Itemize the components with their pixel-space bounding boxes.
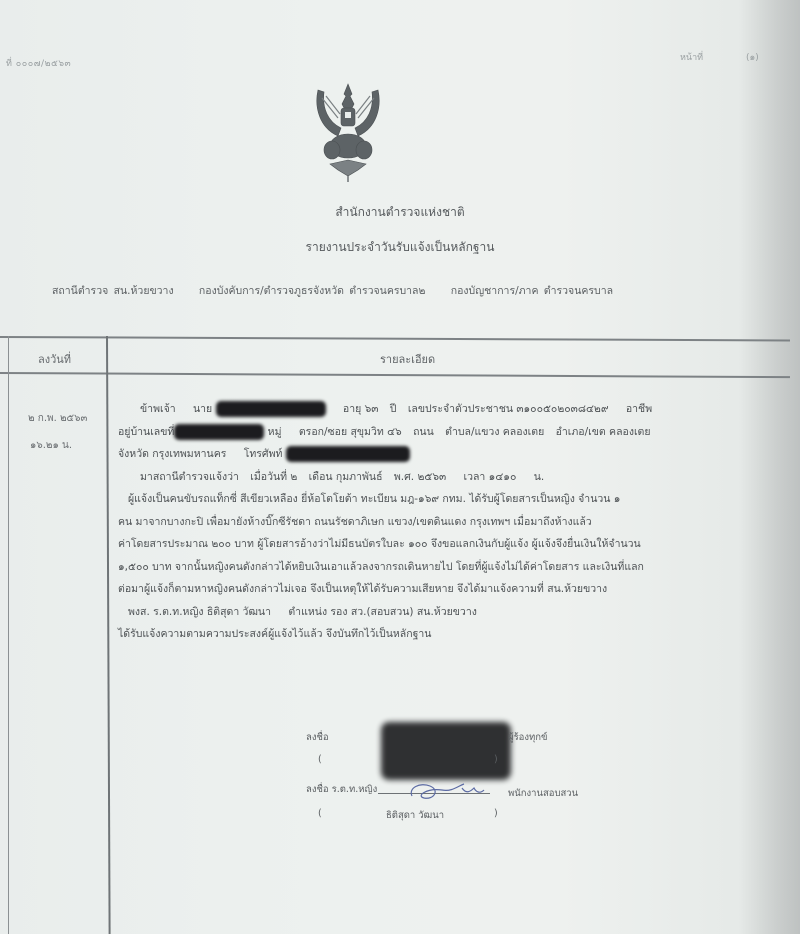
- officer-name: ธิติสุดา วัฒนา: [386, 808, 444, 823]
- detail-line-10: พงส. ร.ต.ท.หญิง ธิติสุดา วัฒนา ตำแหน่ง ร…: [118, 601, 778, 624]
- entry-time: ๑๖.๒๑ น.: [28, 432, 87, 459]
- report-title: รายงานประจำวันรับแจ้งเป็นหลักฐาน: [0, 238, 800, 257]
- entry-detail: ข้าพเจ้า นาย อายุ ๖๓ ปี เลขประจำตัวประชา…: [118, 398, 778, 646]
- age-text: อายุ ๖๓: [343, 403, 379, 415]
- close-paren: ): [494, 808, 498, 819]
- page-number-label: หน้าที่: [680, 50, 703, 64]
- table-header-border: [0, 372, 790, 378]
- text-segment: มาสถานีตำรวจแจ้งว่า: [140, 471, 239, 483]
- entry-date-cell: ๒ ก.พ. ๒๕๖๓ ๑๖.๒๑ น.: [28, 405, 87, 459]
- detail-line-4: มาสถานีตำรวจแจ้งว่า เมื่อวันที่ ๒ เดือน …: [118, 466, 778, 489]
- complainant-signature-label: ลงชื่อ: [306, 730, 329, 745]
- station-line: สถานีตำรวจ สน.ห้วยขวาง กองบังคับการ/ตำรว…: [52, 282, 633, 299]
- text-segment: นาย: [193, 403, 212, 415]
- redacted-complainant-signature: [381, 722, 511, 780]
- detail-line-7: ค่าโดยสารประมาณ ๒๐๐ บาท ผู้โดยสารอ้างว่า…: [118, 533, 778, 556]
- text-segment: จังหวัด กรุงเทพมหานคร: [118, 448, 226, 460]
- detail-line-8: ๑,๕๐๐ บาท จากนั้นหญิงคนดังกล่าวได้หยิบเง…: [118, 556, 778, 579]
- open-paren: (: [318, 754, 322, 765]
- text-segment: ตรอก/ซอย สุขุมวิท ๔๖: [299, 426, 402, 438]
- table-top-border: [0, 336, 790, 341]
- text-segment: เดือน กุมภาพันธ์: [309, 471, 383, 483]
- bureau-name: กองบัญชาการ/ภาค ตำรวจนครบาล: [451, 285, 613, 297]
- text-segment: อำเภอ/เขต คลองเตย: [556, 426, 651, 438]
- organization-title: สำนักงานตำรวจแห่งชาติ: [0, 203, 800, 222]
- detail-line-1: ข้าพเจ้า นาย อายุ ๖๓ ปี เลขประจำตัวประชา…: [118, 398, 778, 421]
- text-segment: ถนน: [413, 426, 434, 438]
- detail-line-6: คน มาจากบางกะปิ เพื่อมายังห้างบิ๊กซีรัชด…: [118, 511, 778, 534]
- text-segment: โทรศัพท์: [244, 448, 283, 460]
- detail-line-2: อยู่บ้านเลขที่ หมู่ ตรอก/ซอย สุขุมวิท ๔๖…: [118, 421, 778, 444]
- complainant-role: ผู้ร้องทุกข์: [508, 730, 548, 745]
- table-column-divider: [106, 336, 110, 934]
- document-reference: ที่ ๐๐๐๗/๒๕๖๓: [6, 56, 71, 70]
- detail-line-11: ได้รับแจ้งความตามความประสงค์ผู้แจ้งไว้แล…: [118, 623, 778, 646]
- text-segment: พงส. ร.ต.ท.หญิง ธิติสุดา วัฒนา: [128, 606, 271, 618]
- text-segment: ปี: [390, 403, 397, 415]
- header-detail: รายละเอียด: [380, 350, 435, 368]
- id-number-text: เลขประจำตัวประชาชน ๓๑๐๐๕๐๒๐๓๘๔๒๙: [408, 403, 609, 415]
- open-paren: (: [318, 808, 322, 819]
- text-segment: ข้าพเจ้า: [140, 403, 176, 415]
- station-name: สถานีตำรวจ สน.ห้วยขวาง: [52, 285, 174, 297]
- text-segment: น.: [534, 471, 545, 483]
- entry-date: ๒ ก.พ. ๒๕๖๓: [28, 405, 87, 432]
- officer-role: พนักงานสอบสวน: [508, 786, 578, 801]
- page-number-value: (๑): [746, 50, 759, 64]
- division-name: กองบังคับการ/ตำรวจภูธรจังหวัด ตำรวจนครบา…: [199, 285, 426, 297]
- handwritten-signature-icon: [406, 778, 486, 804]
- detail-line-9: ต่อมาผู้แจ้งก็ตามหาหญิงคนดังกล่าวไม่เจอ …: [118, 578, 778, 601]
- garuda-emblem-icon: [308, 78, 388, 184]
- text-segment: ตำบล/แขวง คลองเตย: [445, 426, 544, 438]
- text-segment: พ.ศ. ๒๕๖๓: [394, 471, 446, 483]
- text-segment: อาชีพ: [626, 403, 652, 415]
- text-segment: ตำแหน่ง รอง สว.(สอบสวน) สน.ห้วยขวาง: [288, 606, 476, 618]
- redacted-address: [174, 424, 264, 440]
- header-date: ลงวันที่: [38, 350, 71, 368]
- redacted-phone: [286, 446, 410, 462]
- detail-line-3: จังหวัด กรุงเทพมหานคร โทรศัพท์: [118, 443, 778, 466]
- table-left-border: [8, 336, 9, 934]
- text-segment: อยู่บ้านเลขที่: [118, 426, 174, 438]
- close-paren: ): [494, 754, 498, 765]
- detail-line-5: ผู้แจ้งเป็นคนขับรถแท็กซี่ สีเขียวเหลือง …: [118, 488, 778, 511]
- text-segment: หมู่: [268, 426, 282, 438]
- redacted-name: [216, 401, 326, 417]
- text-segment: เมื่อวันที่ ๒: [250, 471, 297, 483]
- officer-signature-label: ลงชื่อ ร.ต.ท.หญิง: [306, 782, 377, 797]
- text-segment: เวลา ๑๔๑๐: [464, 471, 517, 483]
